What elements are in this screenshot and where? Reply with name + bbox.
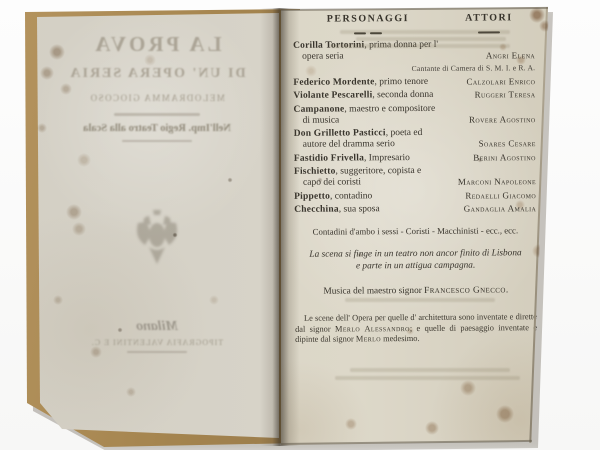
libretto-photo: La Prova di un' Opera seria Melodramma g… — [0, 0, 600, 450]
foxing-spots — [0, 0, 600, 450]
